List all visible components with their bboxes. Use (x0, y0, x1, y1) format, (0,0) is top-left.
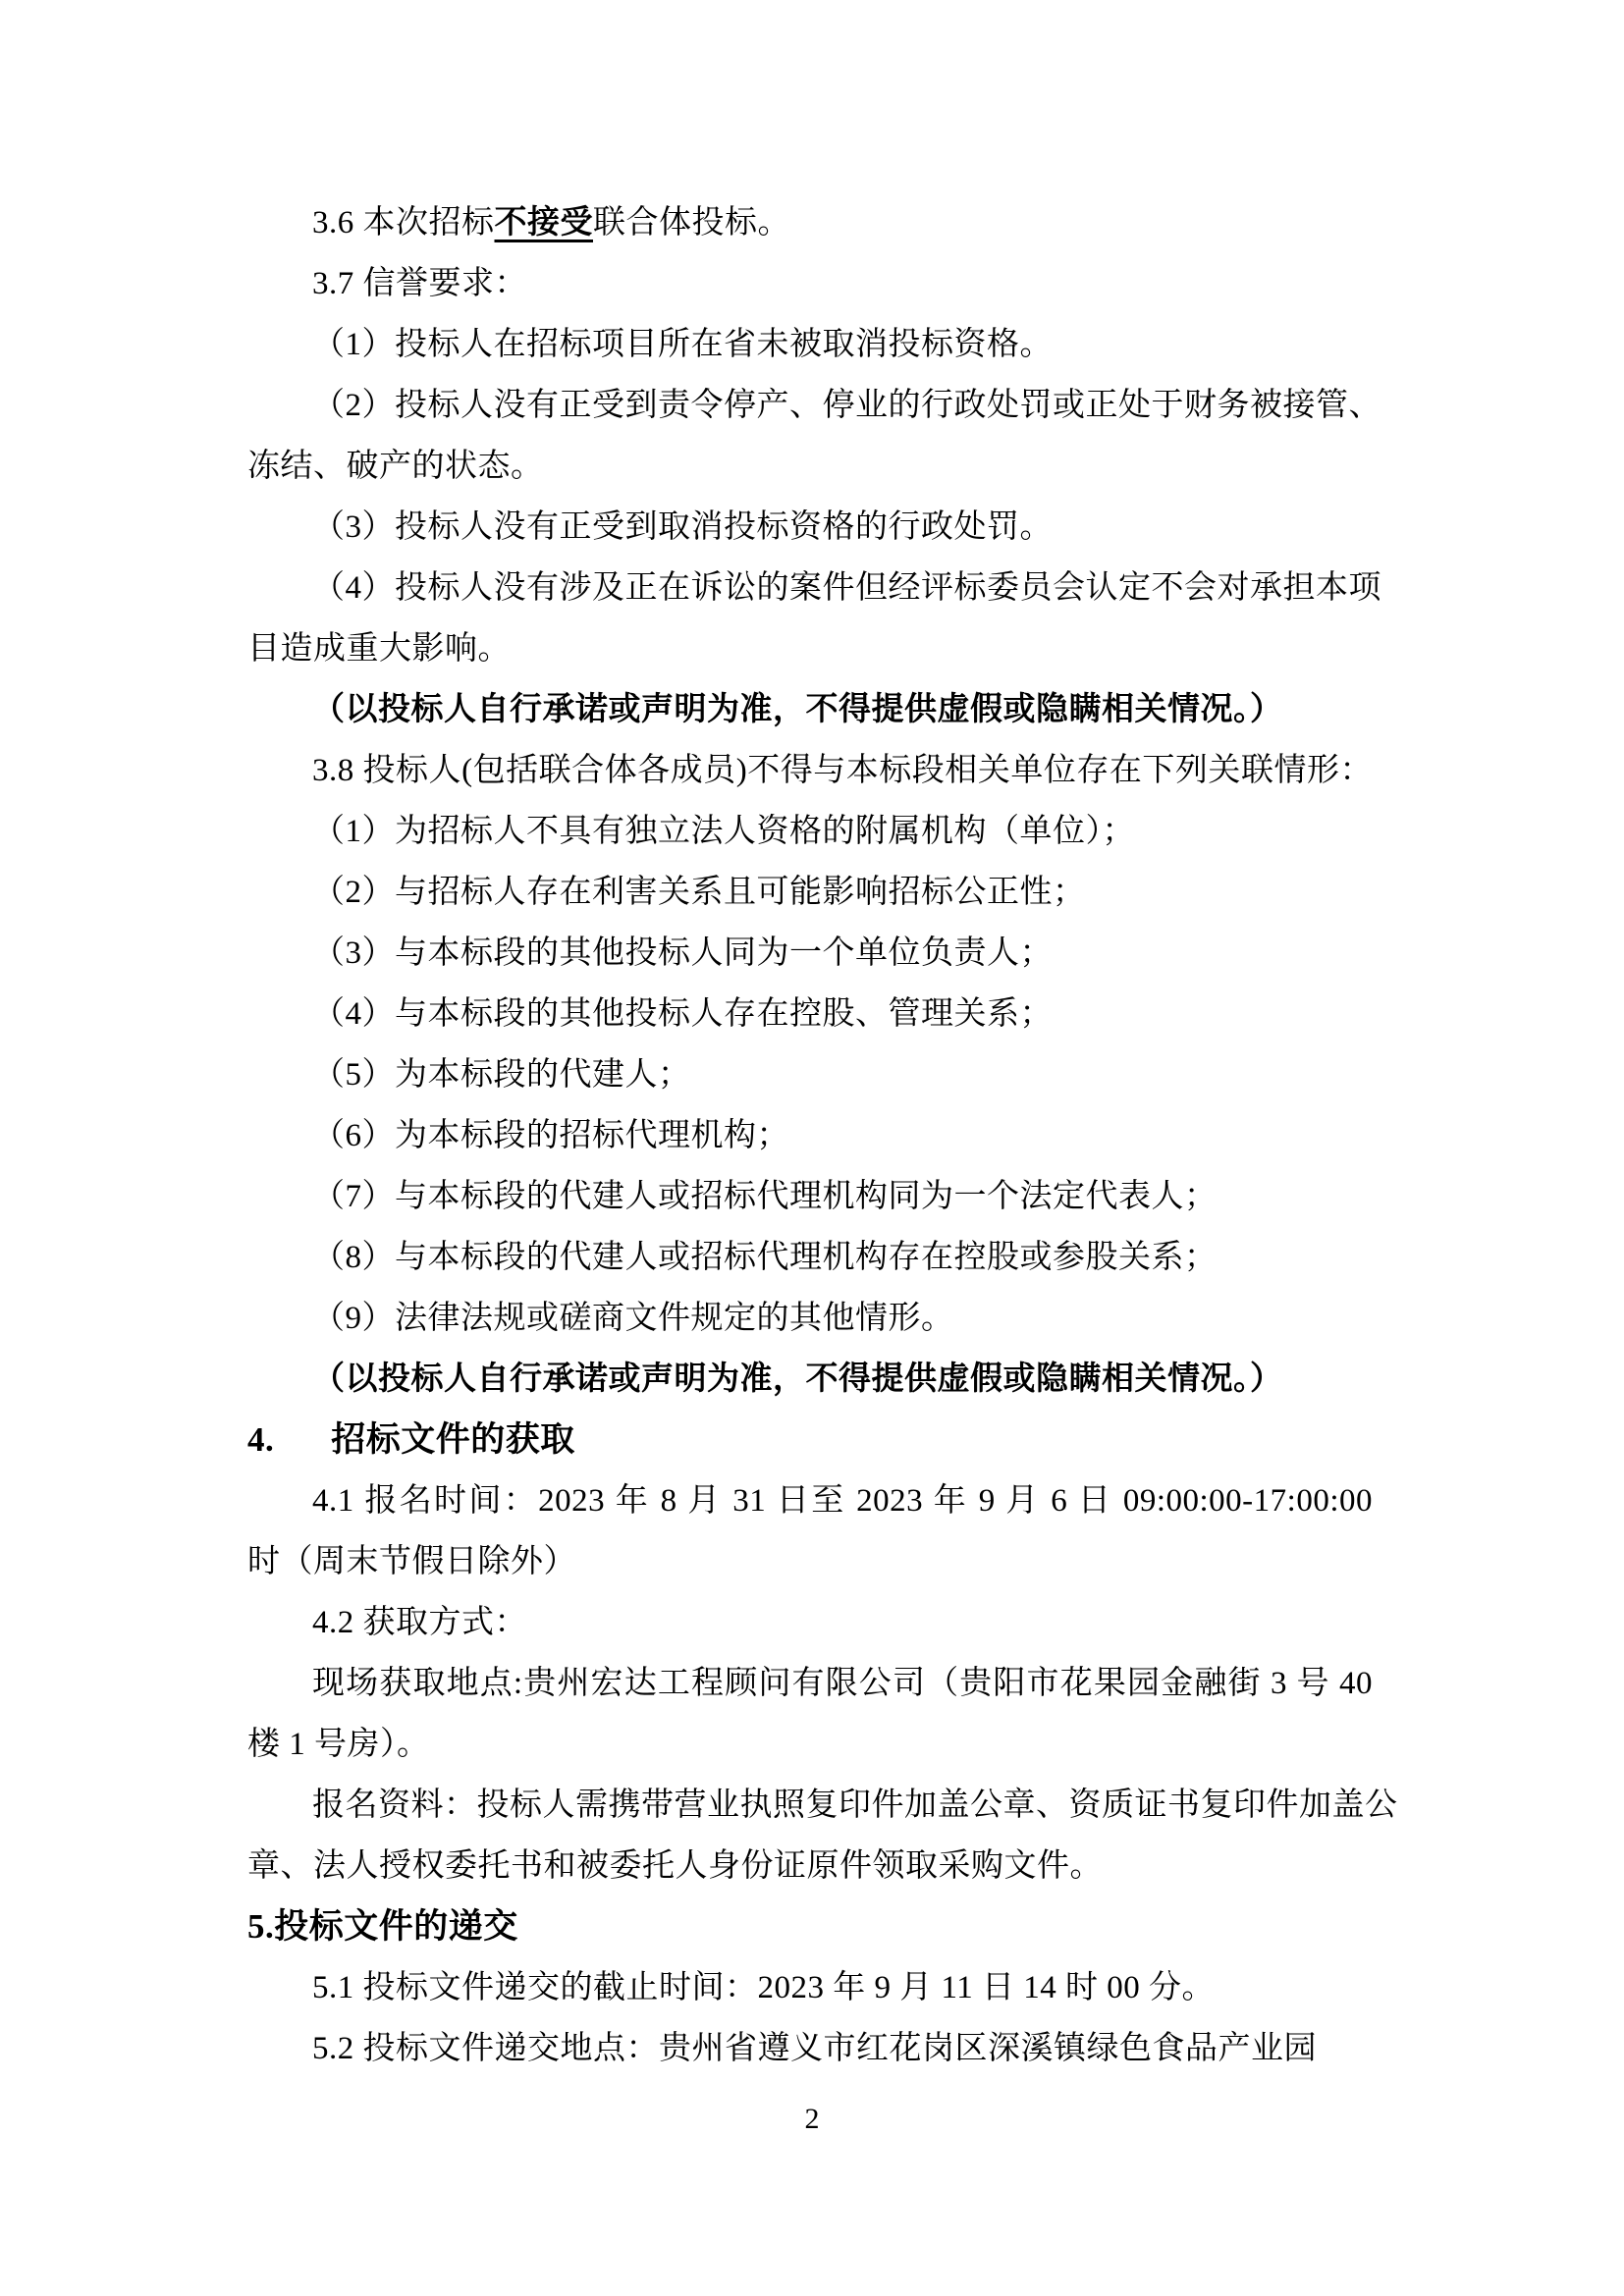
clause-4-1-line-1: 4.1 报名时间：2023 年 8 月 31 日至 2023 年 9 月 6 日… (247, 1470, 1373, 1531)
text-segment: （以投标人自行承诺或声明为准，不得提供虚假或隐瞒相关情况。） (312, 1362, 1283, 1397)
text-segment: （以投标人自行承诺或声明为准，不得提供虚假或隐瞒相关情况。） (312, 692, 1283, 727)
text-segment: 时（周末节假日除外） (247, 1544, 576, 1579)
section-4-heading-line-1: 4.招标文件的获取 (247, 1410, 1373, 1470)
text-segment: （7）与本标段的代建人或招标代理机构同为一个法定代表人； (312, 1179, 1218, 1214)
clause-3-8-item-4-line-1: （4）与本标段的其他投标人存在控股、管理关系； (247, 984, 1373, 1044)
text-segment: 冻结、破产的状态。 (247, 449, 544, 484)
text-segment: （8）与本标段的代建人或招标代理机构存在控股或参股关系； (312, 1240, 1218, 1275)
text-segment: 3.7 信誉要求： (312, 266, 527, 301)
text-segment: 3.8 投标人(包括联合体各成员)不得与本标段相关单位存在下列关联情形： (312, 753, 1373, 788)
clause-3-7-item-4-line-1: （4）投标人没有涉及正在诉讼的案件但经评标委员会认定不会对承担本项 (247, 558, 1373, 618)
clause-3-8-item-6-line-1: （6）为本标段的招标代理机构； (247, 1105, 1373, 1166)
text-segment: 目造成重大影响。 (247, 631, 511, 667)
text-segment: 现场获取地点:贵州宏达工程顾问有限公司（贵阳市花果园金融街 3 号 40 (312, 1666, 1373, 1701)
document-page: 3.6 本次招标不接受联合体投标。3.7 信誉要求：（1）投标人在招标项目所在省… (0, 0, 1624, 2296)
clause-5-1-line-1: 5.1 投标文件递交的截止时间：2023 年 9 月 11 日 14 时 00 … (247, 1957, 1373, 2018)
text-segment: 5.2 投标文件递交地点：贵州省遵义市红花岗区深溪镇绿色食品产业园 (312, 2031, 1317, 2066)
onsite-location-line-1: 现场获取地点:贵州宏达工程顾问有限公司（贵阳市花果园金融街 3 号 40 (247, 1653, 1373, 1714)
clause-3-8-item-8-line-1: （8）与本标段的代建人或招标代理机构存在控股或参股关系； (247, 1227, 1373, 1288)
text-segment: 不接受 (495, 205, 594, 240)
text-segment: 章、法人授权委托书和被委托人身份证原件领取采购文件。 (247, 1848, 1103, 1884)
text-segment: 5.1 投标文件递交的截止时间：2023 年 9 月 11 日 14 时 00 … (312, 1970, 1215, 2005)
text-segment: （2）投标人没有正受到责令停产、停业的行政处罚或正处于财务被接管、 (312, 388, 1381, 423)
text-segment: 4. (247, 1420, 274, 1459)
promise-note-2-line-1: （以投标人自行承诺或声明为准，不得提供虚假或隐瞒相关情况。） (247, 1349, 1373, 1410)
text-segment: （2）与招标人存在利害关系且可能影响招标公正性； (312, 875, 1086, 910)
text-segment: 4.2 获取方式： (312, 1605, 527, 1640)
text-segment: （1）投标人在招标项目所在省未被取消投标资格。 (312, 327, 1053, 362)
text-segment: （4）投标人没有涉及正在诉讼的案件但经评标委员会认定不会对承担本项 (312, 570, 1381, 606)
clause-3-7-item-4-line-2: 目造成重大影响。 (247, 618, 1373, 679)
clause-3-8-item-3-line-1: （3）与本标段的其他投标人同为一个单位负责人； (247, 923, 1373, 984)
text-segment: 5.投标文件的递交 (247, 1907, 518, 1946)
text-segment: 招标文件的获取 (331, 1420, 575, 1459)
clause-3-7-item-2-line-1: （2）投标人没有正受到责令停产、停业的行政处罚或正处于财务被接管、 (247, 375, 1373, 436)
section-5-heading-line-1: 5.投标文件的递交 (247, 1896, 1373, 1957)
clause-3-7-item-1-line-1: （1）投标人在招标项目所在省未被取消投标资格。 (247, 314, 1373, 375)
clause-3-8-item-2-line-1: （2）与招标人存在利害关系且可能影响招标公正性； (247, 862, 1373, 923)
text-segment: （3）与本标段的其他投标人同为一个单位负责人； (312, 935, 1053, 971)
clause-4-1-line-2: 时（周末节假日除外） (247, 1531, 1373, 1592)
clause-3-8-item-5-line-1: （5）为本标段的代建人； (247, 1044, 1373, 1105)
clause-3-6-line-1: 3.6 本次招标不接受联合体投标。 (247, 192, 1373, 253)
text-segment: （6）为本标段的招标代理机构； (312, 1118, 789, 1153)
text-segment: （4）与本标段的其他投标人存在控股、管理关系； (312, 996, 1053, 1032)
text-segment: （3）投标人没有正受到取消投标资格的行政处罚。 (312, 509, 1053, 545)
clause-3-7-line-1: 3.7 信誉要求： (247, 253, 1373, 314)
document-body: 3.6 本次招标不接受联合体投标。3.7 信誉要求：（1）投标人在招标项目所在省… (247, 192, 1373, 2079)
clause-3-7-item-3-line-1: （3）投标人没有正受到取消投标资格的行政处罚。 (247, 497, 1373, 558)
registration-materials-line-1: 报名资料：投标人需携带营业执照复印件加盖公章、资质证书复印件加盖公 (247, 1775, 1373, 1836)
promise-note-1-line-1: （以投标人自行承诺或声明为准，不得提供虚假或隐瞒相关情况。） (247, 679, 1373, 740)
text-segment: 3.6 本次招标 (312, 205, 495, 240)
clause-3-7-item-2-line-2: 冻结、破产的状态。 (247, 436, 1373, 497)
page-number: 2 (0, 2103, 1624, 2136)
registration-materials-line-2: 章、法人授权委托书和被委托人身份证原件领取采购文件。 (247, 1836, 1373, 1896)
clause-3-8-line-1: 3.8 投标人(包括联合体各成员)不得与本标段相关单位存在下列关联情形： (247, 740, 1373, 801)
clause-3-8-item-7-line-1: （7）与本标段的代建人或招标代理机构同为一个法定代表人； (247, 1166, 1373, 1227)
text-segment: 楼 1 号房）。 (247, 1727, 430, 1762)
clause-5-2-line-1: 5.2 投标文件递交地点：贵州省遵义市红花岗区深溪镇绿色食品产业园 (247, 2018, 1373, 2079)
clause-4-2-line-1: 4.2 获取方式： (247, 1592, 1373, 1653)
text-segment: （5）为本标段的代建人； (312, 1057, 691, 1093)
text-segment: （9）法律法规或磋商文件规定的其他情形。 (312, 1301, 954, 1336)
onsite-location-line-2: 楼 1 号房）。 (247, 1714, 1373, 1775)
text-segment: 报名资料：投标人需携带营业执照复印件加盖公章、资质证书复印件加盖公 (312, 1788, 1398, 1823)
text-segment: 4.1 报名时间：2023 年 8 月 31 日至 2023 年 9 月 6 日… (312, 1483, 1373, 1519)
clause-3-8-item-9-line-1: （9）法律法规或磋商文件规定的其他情形。 (247, 1288, 1373, 1349)
text-segment: （1）为招标人不具有独立法人资格的附属机构（单位）； (312, 814, 1135, 849)
text-segment: 联合体投标。 (593, 205, 790, 240)
clause-3-8-item-1-line-1: （1）为招标人不具有独立法人资格的附属机构（单位）； (247, 801, 1373, 862)
